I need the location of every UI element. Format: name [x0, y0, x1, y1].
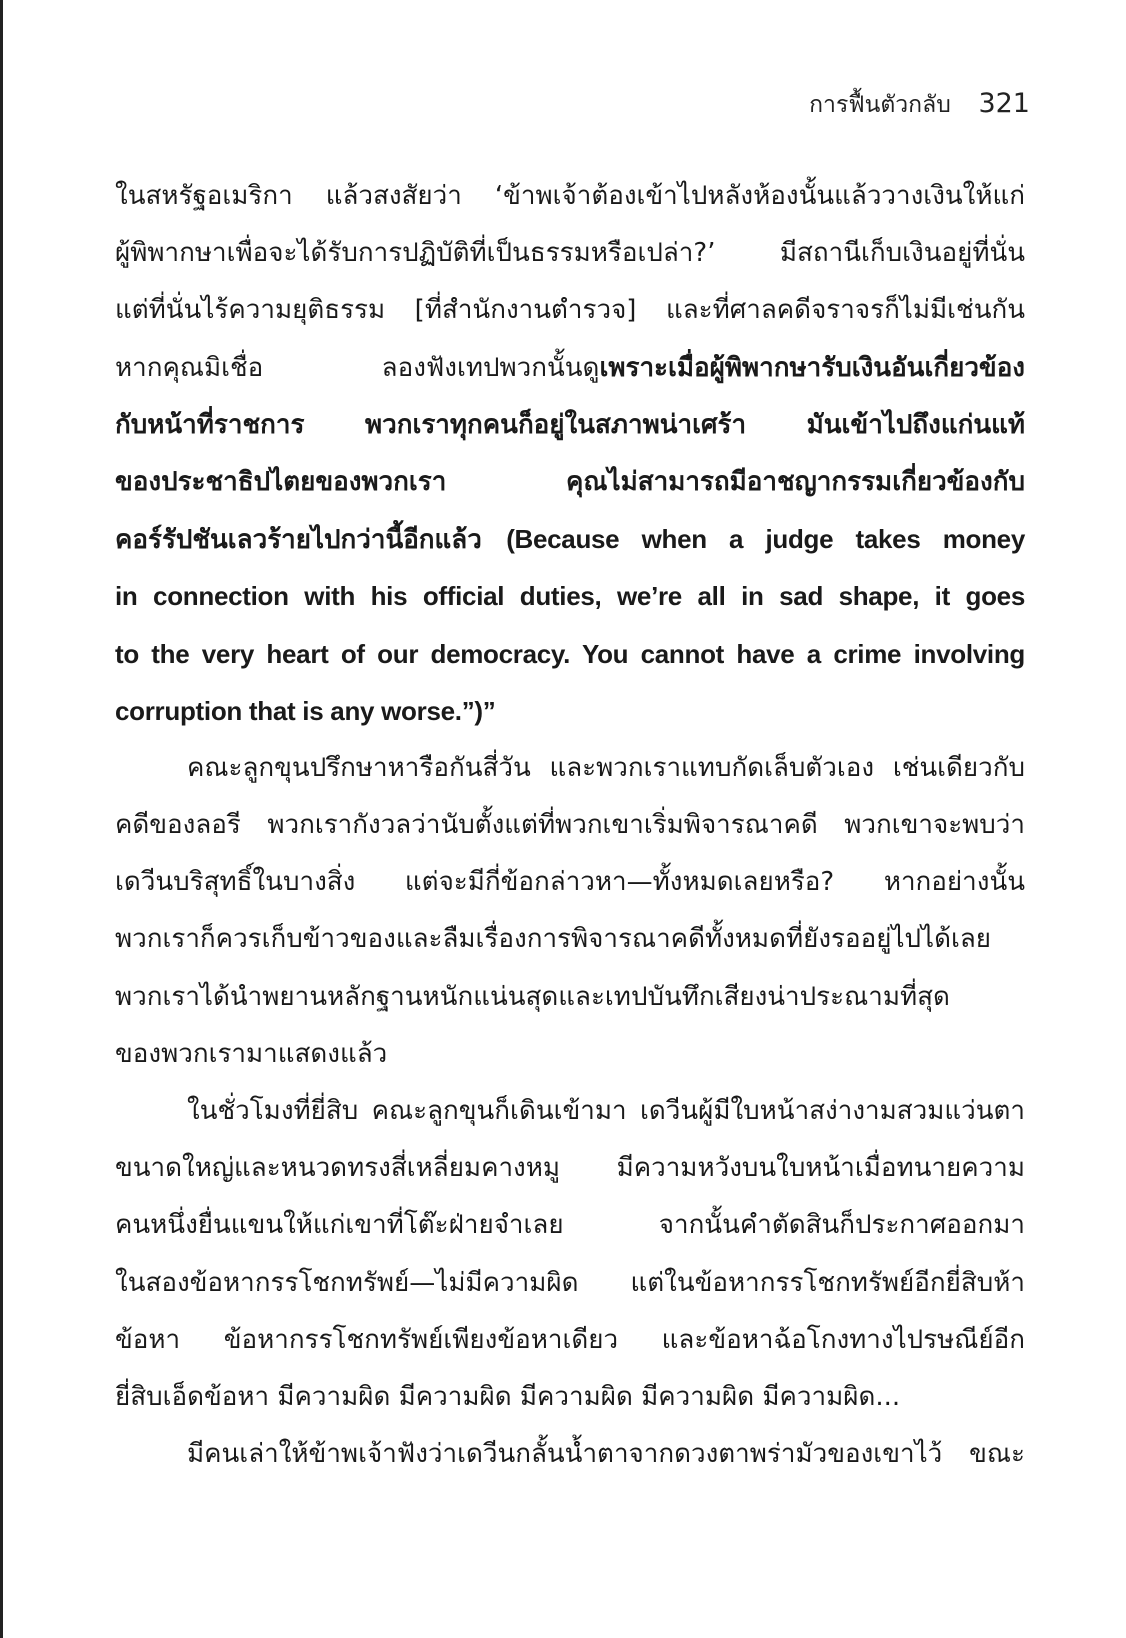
text-line: มีคนเล่าให้ข้าพเจ้าฟังว่าเดวีนกลั้นน้ำตา…	[115, 1426, 1025, 1483]
text-segment: แต่ที่นั่นไร้ความยุติธรรม [ที่สำนักงานตำ…	[115, 295, 1025, 325]
paragraph-quote-continuation: ในสหรัฐอเมริกา แล้วสงสัยว่า ‘ข้าพเจ้าต้อ…	[115, 168, 1025, 740]
text-segment: คดีของลอรี พวกเรากังวลว่านับตั้งแต่ที่พว…	[115, 810, 1025, 840]
text-segment: ผู้พิพากษาเพื่อจะได้รับการปฏิบัติที่เป็น…	[115, 238, 1025, 268]
text-segment: ยี่สิบเอ็ดข้อหา มีความผิด มีความผิด มีคว…	[115, 1382, 900, 1412]
text-segment: หากคุณมิเชื่อ ลองฟังเทปพวกนั้นดู	[115, 353, 599, 383]
text-line: ผู้พิพากษาเพื่อจะได้รับการปฏิบัติที่เป็น…	[115, 225, 1025, 282]
text-line: ในชั่วโมงที่ยี่สิบ คณะลูกขุนก็เดินเข้ามา…	[115, 1083, 1025, 1140]
text-segment: มีคนเล่าให้ข้าพเจ้าฟังว่าเดวีนกลั้นน้ำตา…	[187, 1439, 1025, 1469]
chapter-title: การฟื้นตัวกลับ	[809, 92, 951, 118]
text-segment: ในชั่วโมงที่ยี่สิบ คณะลูกขุนก็เดินเข้ามา…	[187, 1096, 1025, 1126]
text-line: in connection with his official duties, …	[115, 568, 1025, 625]
text-segment: ข้อหา ข้อหากรรโชกทรัพย์เพียงข้อหาเดียว แ…	[115, 1325, 1025, 1355]
text-line: พวกเราได้นำพยานหลักฐานหนักแน่นสุดและเทปบ…	[115, 969, 1025, 1026]
text-line: ในสหรัฐอเมริกา แล้วสงสัยว่า ‘ข้าพเจ้าต้อ…	[115, 168, 1025, 225]
text-segment: ในสองข้อหากรรโชกทรัพย์—ไม่มีความผิด แต่ใ…	[115, 1268, 1025, 1298]
emphasized-text: เพราะเมื่อผู้พิพากษารับเงินอันเกี่ยวข้อง	[599, 353, 1025, 383]
text-segment: เดวีนบริสุทธิ์ในบางสิ่ง แต่จะมีกี่ข้อกล่…	[115, 867, 1025, 897]
text-line: ขนาดใหญ่และหนวดทรงสี่เหลี่ยมคางหมู มีควา…	[115, 1140, 1025, 1197]
page-number: 321	[978, 88, 1030, 119]
text-line: ข้อหา ข้อหากรรโชกทรัพย์เพียงข้อหาเดียว แ…	[115, 1312, 1025, 1369]
text-line: corruption that is any worse.”)”	[115, 683, 1025, 740]
text-line: หากคุณมิเชื่อ ลองฟังเทปพวกนั้นดูเพราะเมื…	[115, 340, 1025, 397]
text-segment: พวกเราก็ควรเก็บข้าวของและลืมเรื่องการพิจ…	[115, 924, 991, 954]
paragraph-verdict: ในชั่วโมงที่ยี่สิบ คณะลูกขุนก็เดินเข้ามา…	[115, 1083, 1025, 1426]
paragraph-aftermath: มีคนเล่าให้ข้าพเจ้าฟังว่าเดวีนกลั้นน้ำตา…	[115, 1426, 1025, 1483]
text-segment: คนหนึ่งยื่นแขนให้แก่เขาที่โต๊ะฝ่ายจำเลย …	[115, 1210, 1025, 1240]
text-segment: คณะลูกขุนปรึกษาหารือกันสี่วัน และพวกเราแ…	[187, 753, 1025, 783]
paragraph-jury-deliberation: คณะลูกขุนปรึกษาหารือกันสี่วัน และพวกเราแ…	[115, 740, 1025, 1083]
text-line: คณะลูกขุนปรึกษาหารือกันสี่วัน และพวกเราแ…	[115, 740, 1025, 797]
emphasized-text: in connection with his official duties, …	[115, 581, 1025, 611]
text-line: กับหน้าที่ราชการ พวกเราทุกคนก็อยู่ในสภาพ…	[115, 397, 1025, 454]
emphasized-text: corruption that is any worse.”)”	[115, 696, 495, 726]
emphasized-text: คอร์รัปชันเลวร้ายไปกว่านี้อีกแล้ว	[115, 525, 506, 555]
text-line: พวกเราก็ควรเก็บข้าวของและลืมเรื่องการพิจ…	[115, 911, 1025, 968]
text-segment: ขนาดใหญ่และหนวดทรงสี่เหลี่ยมคางหมู มีควา…	[115, 1153, 1025, 1183]
text-line: แต่ที่นั่นไร้ความยุติธรรม [ที่สำนักงานตำ…	[115, 282, 1025, 339]
emphasized-text: (Because when a judge takes money	[506, 524, 1025, 554]
text-line: คนหนึ่งยื่นแขนให้แก่เขาที่โต๊ะฝ่ายจำเลย …	[115, 1197, 1025, 1254]
emphasized-text: กับหน้าที่ราชการ พวกเราทุกคนก็อยู่ในสภาพ…	[115, 410, 1025, 440]
text-line: คอร์รัปชันเลวร้ายไปกว่านี้อีกแล้ว (Becau…	[115, 511, 1025, 568]
text-segment: ในสหรัฐอเมริกา แล้วสงสัยว่า ‘ข้าพเจ้าต้อ…	[115, 181, 1025, 211]
text-line: เดวีนบริสุทธิ์ในบางสิ่ง แต่จะมีกี่ข้อกล่…	[115, 854, 1025, 911]
text-line: to the very heart of our democracy. You …	[115, 626, 1025, 683]
text-segment: ของพวกเรามาแสดงแล้ว	[115, 1039, 387, 1069]
text-line: ในสองข้อหากรรโชกทรัพย์—ไม่มีความผิด แต่ใ…	[115, 1255, 1025, 1312]
emphasized-text: to the very heart of our democracy. You …	[115, 639, 1025, 669]
body-text: ในสหรัฐอเมริกา แล้วสงสัยว่า ‘ข้าพเจ้าต้อ…	[115, 168, 1025, 1483]
emphasized-text: ของประชาธิปไตยของพวกเรา คุณไม่สามารถมีอา…	[115, 467, 1025, 497]
text-line: ของพวกเรามาแสดงแล้ว	[115, 1026, 1025, 1083]
text-segment: พวกเราได้นำพยานหลักฐานหนักแน่นสุดและเทปบ…	[115, 982, 950, 1012]
text-line: ยี่สิบเอ็ดข้อหา มีความผิด มีความผิด มีคว…	[115, 1369, 1025, 1426]
text-line: ของประชาธิปไตยของพวกเรา คุณไม่สามารถมีอา…	[115, 454, 1025, 511]
text-line: คดีของลอรี พวกเรากังวลว่านับตั้งแต่ที่พว…	[115, 797, 1025, 854]
running-header: การฟื้นตัวกลับ 321	[809, 84, 1030, 125]
page-edge-rule	[0, 0, 3, 1638]
